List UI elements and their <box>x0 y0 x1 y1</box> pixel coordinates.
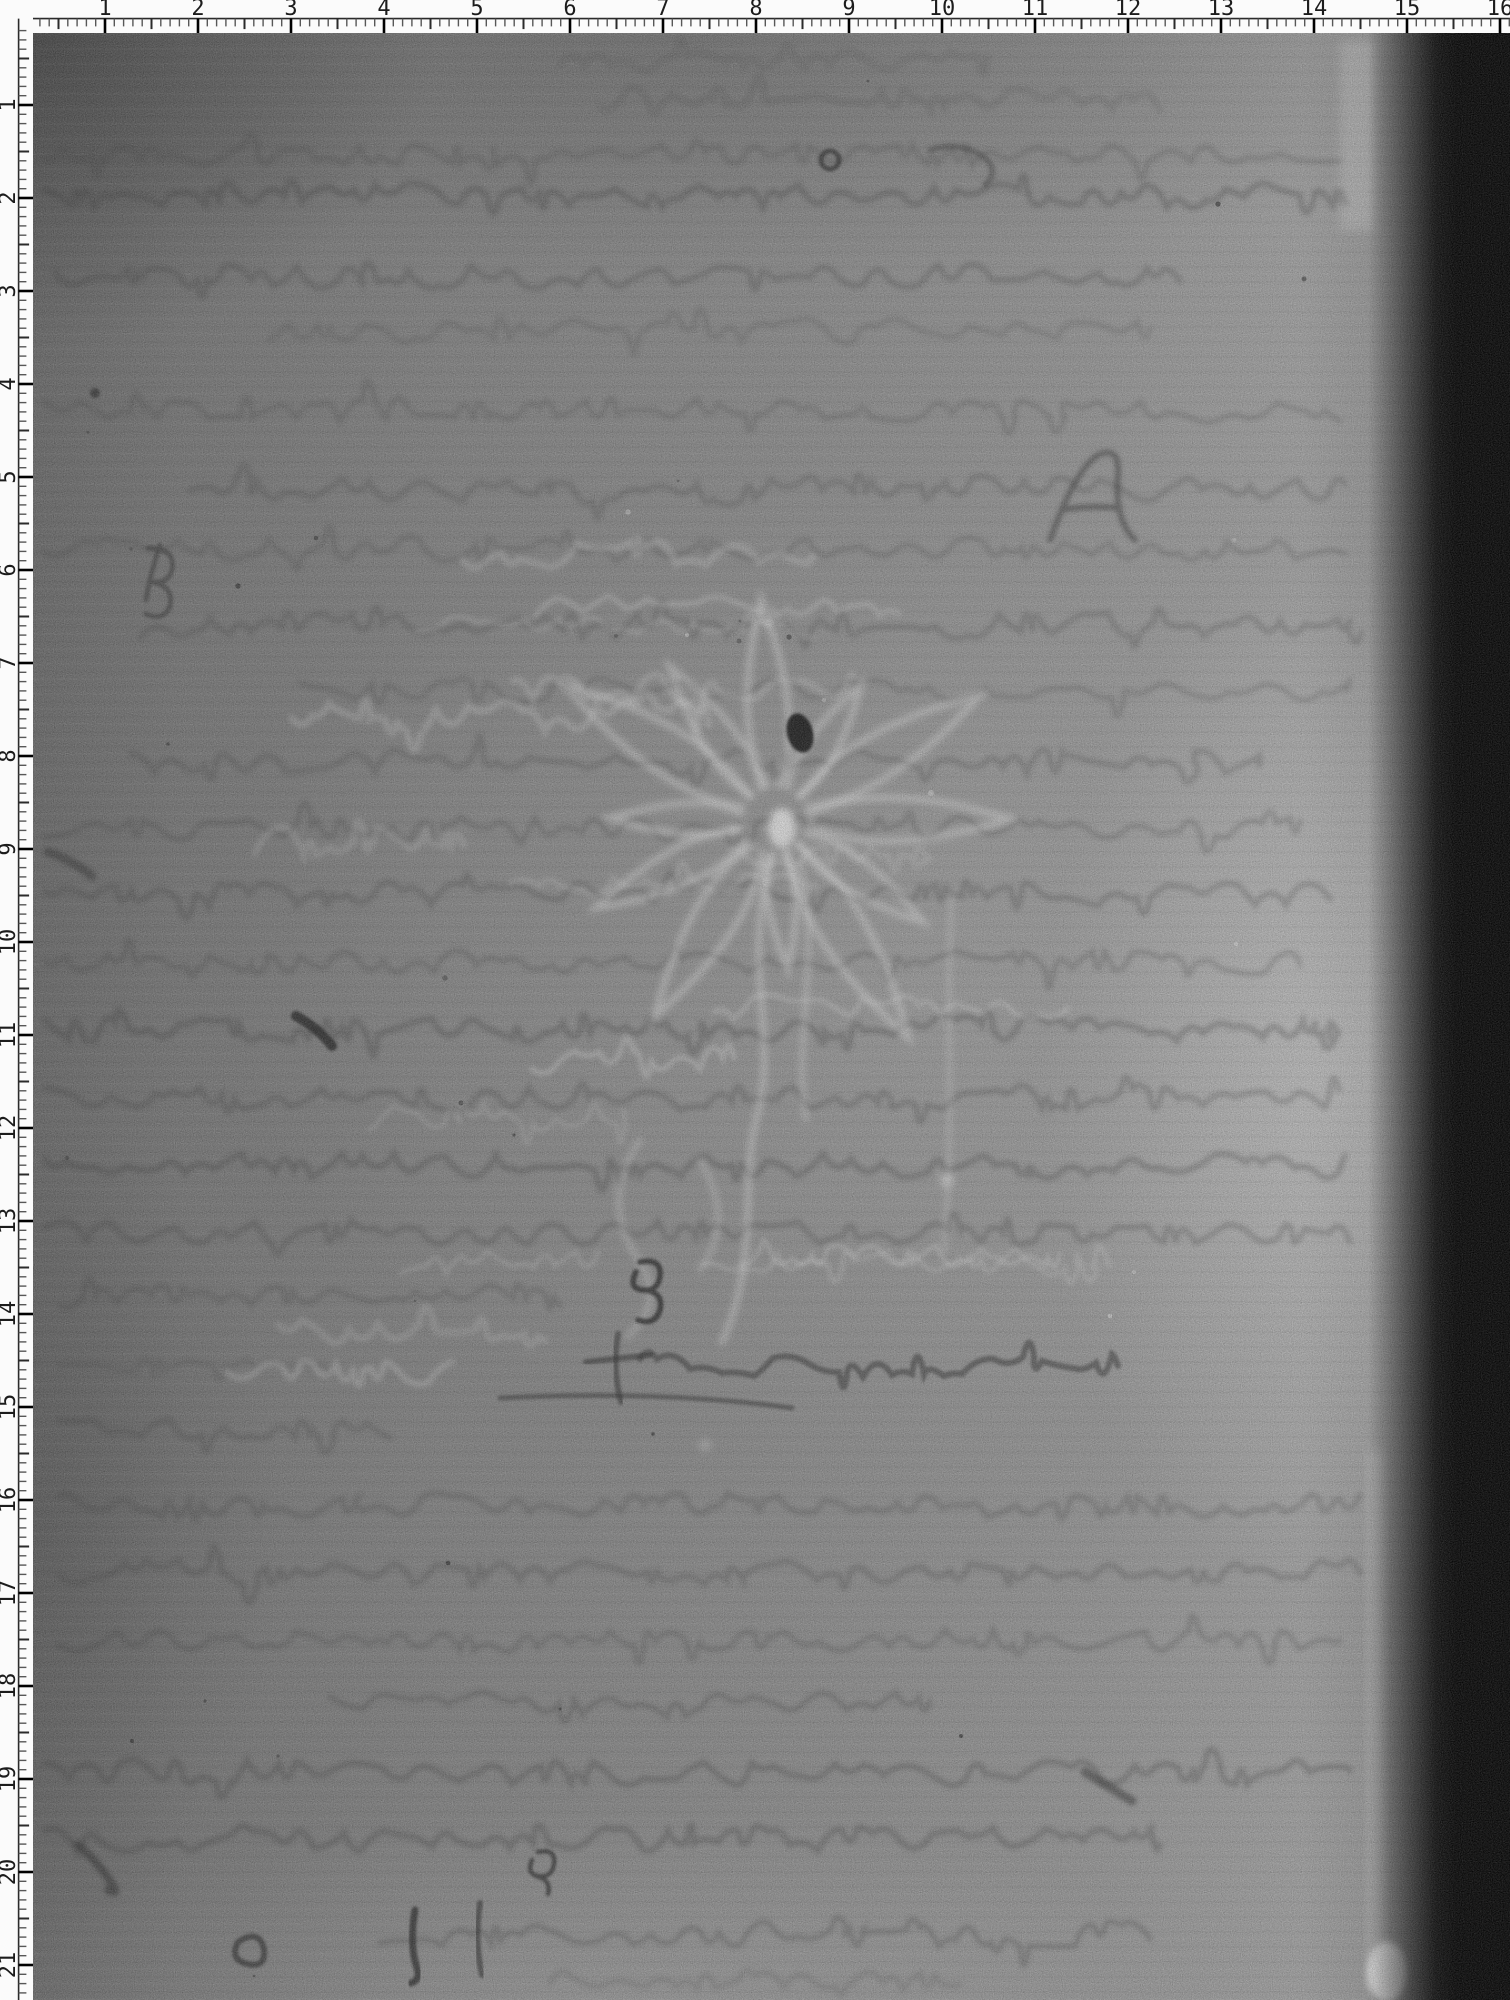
ruler-top-label: 14 <box>1301 0 1328 21</box>
ruler-left-label: 6 <box>0 563 21 576</box>
ruler-left-label: 12 <box>0 1115 21 1142</box>
ruler-left-label: 3 <box>0 284 21 297</box>
manuscript-page <box>33 33 1510 2000</box>
ruler-left-label: 8 <box>0 749 21 762</box>
ruler-left-label: 15 <box>0 1394 21 1421</box>
ruler-left-label: 5 <box>0 470 21 483</box>
ruler-top-label: 12 <box>1115 0 1142 21</box>
ruler-left: 123456789101112131415161718192021 <box>0 0 33 2000</box>
ruler-top-label: 11 <box>1022 0 1049 21</box>
page-art <box>33 33 1510 2000</box>
ruler-top-label: 7 <box>656 0 669 21</box>
ruler-left-label: 14 <box>0 1301 21 1328</box>
ruler-left-label: 16 <box>0 1487 21 1514</box>
ruler-left-label: 10 <box>0 929 21 956</box>
ruler-top-label: 1 <box>98 0 111 21</box>
grain-light-overlay <box>33 33 1510 2000</box>
ruler-left-label: 1 <box>0 98 21 111</box>
ruler-top-label: 13 <box>1208 0 1235 21</box>
ruler-top-label: 6 <box>563 0 576 21</box>
ruler-top-label: 2 <box>191 0 204 21</box>
ruler-left-label: 20 <box>0 1859 21 1886</box>
ruler-top-label: 8 <box>749 0 762 21</box>
ruler-top-label: 4 <box>377 0 390 21</box>
ruler-left-label: 2 <box>0 191 21 204</box>
ruler-left-label: 4 <box>0 377 21 390</box>
ruler-left-label: 17 <box>0 1580 21 1607</box>
ruler-top-label: 9 <box>842 0 855 21</box>
ruler-left-label: 11 <box>0 1022 21 1049</box>
ruler-left-label: 7 <box>0 656 21 669</box>
scan-viewport: 012345678910111213141516 123456789101112… <box>0 0 1510 2000</box>
ruler-top-label: 15 <box>1394 0 1421 21</box>
ruler-top-label: 3 <box>284 0 297 21</box>
ruler-left-label: 19 <box>0 1766 21 1793</box>
ruler-top-label: 5 <box>470 0 483 21</box>
ruler-top: 012345678910111213141516 <box>0 0 1510 33</box>
ruler-left-label: 21 <box>0 1952 21 1979</box>
ruler-left-label: 9 <box>0 842 21 855</box>
ruler-top-label: 16 <box>1487 0 1510 21</box>
ruler-top-label: 10 <box>929 0 956 21</box>
ruler-left-label: 13 <box>0 1208 21 1235</box>
ruler-left-labels: 123456789101112131415161718192021 <box>0 98 21 1978</box>
ruler-left-label: 18 <box>0 1673 21 1700</box>
